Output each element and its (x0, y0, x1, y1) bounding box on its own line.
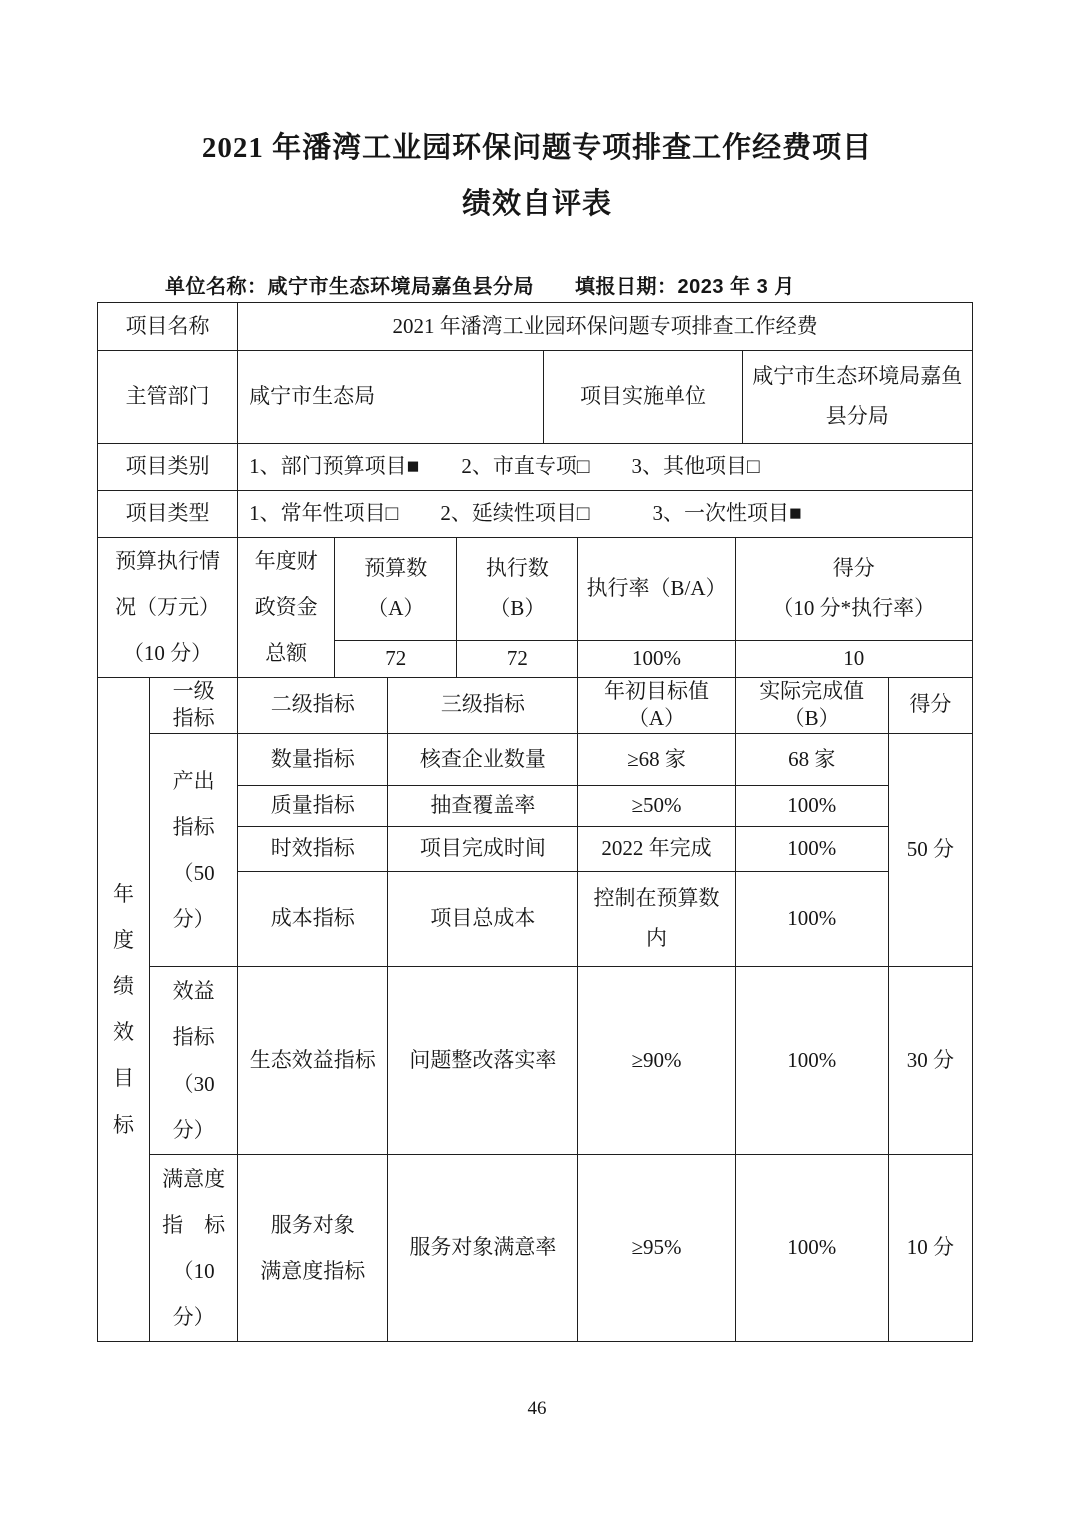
benefit-target-cell: ≥90% (578, 967, 735, 1155)
row-departments: 主管部门 咸宁市生态局 项目实施单位 咸宁市生态环境局嘉鱼 县分局 (98, 351, 973, 444)
report-date-value: 2023 年 3 月 (678, 276, 795, 298)
row-indicator-headers: 年度绩效目标 一级 指标 二级指标 三级指标 年初目标值 （A） 实际完成值 （… (98, 677, 973, 733)
quality-level2-cell: 质量指标 (238, 786, 388, 827)
unit-name-label: 单位名称： (165, 276, 268, 298)
budget-col-rate-cell: 执行率（B/A） (578, 538, 735, 641)
unit-name: 单位名称：咸宁市生态环境局嘉鱼县分局 (165, 270, 534, 299)
document-page: 2021 年潘湾工业园环保问题专项排查工作经费项目 绩效自评表 单位名称：咸宁市… (0, 0, 1074, 1520)
category-label-cell: 项目类别 (98, 444, 238, 491)
quality-actual-cell: 100% (735, 786, 888, 827)
quantity-actual-cell: 68 家 (735, 734, 888, 786)
budget-col-score-cell: 得分 （10 分*执行率） (735, 538, 972, 641)
row-project-name: 项目名称 2021 年潘湾工业园环保问题专项排查工作经费 (98, 303, 973, 351)
impl-value-cell: 咸宁市生态环境局嘉鱼 县分局 (742, 351, 972, 444)
budget-col-budget-cell: 预算数（A） (335, 538, 457, 641)
document-title-line2: 绩效自评表 (0, 190, 1074, 219)
type-value-cell: 1、常年性项目□ 2、延续性项目□ 3、一次性项目■ (238, 491, 973, 538)
satisfaction-level3-cell: 服务对象满意率 (388, 1155, 578, 1342)
header-level2-cell: 二级指标 (238, 677, 388, 733)
satisfaction-level2-cell: 服务对象 满意度指标 (238, 1155, 388, 1342)
self-evaluation-table: 项目名称 2021 年潘湾工业园环保问题专项排查工作经费 主管部门 咸宁市生态局… (97, 302, 973, 1342)
cost-level2-cell: 成本指标 (238, 872, 388, 967)
row-quantity-indicator: 产出 指标 （50 分） 数量指标 核查企业数量 ≥68 家 68 家 50 分 (98, 734, 973, 786)
row-benefit-indicator: 效益 指标 （30 分） 生态效益指标 问题整改落实率 ≥90% 100% 30… (98, 967, 973, 1155)
benefit-score-cell: 30 分 (888, 967, 972, 1155)
header-score-cell: 得分 (888, 677, 972, 733)
document-title: 2021 年潘湾工业园环保问题专项排查工作经费项目 绩效自评表 (0, 134, 1074, 219)
budget-fund-label-cell: 年度财 政资金 总额 (238, 538, 335, 678)
row-project-category: 项目类别 1、部门预算项目■ 2、市直专项□ 3、其他项目□ (98, 444, 973, 491)
dept-label-cell: 主管部门 (98, 351, 238, 444)
benefit-actual-cell: 100% (735, 967, 888, 1155)
unit-name-value: 咸宁市生态环境局嘉鱼县分局 (268, 276, 535, 298)
report-date: 填报日期：2023 年 3 月 (575, 270, 795, 299)
timeliness-level2-cell: 时效指标 (238, 827, 388, 872)
satisfaction-target-cell: ≥95% (578, 1155, 735, 1342)
timeliness-actual-cell: 100% (735, 827, 888, 872)
project-name-value-cell: 2021 年潘湾工业园环保问题专项排查工作经费 (238, 303, 973, 351)
quantity-target-cell: ≥68 家 (578, 734, 735, 786)
cost-target-cell: 控制在预算数 内 (578, 872, 735, 967)
header-actual-cell: 实际完成值 （B） (735, 677, 888, 733)
header-level3-cell: 三级指标 (388, 677, 578, 733)
quantity-level2-cell: 数量指标 (238, 734, 388, 786)
output-score-cell: 50 分 (888, 734, 972, 967)
project-name-label-cell: 项目名称 (98, 303, 238, 351)
page-number: 46 (0, 1398, 1074, 1420)
satisfaction-score-cell: 10 分 (888, 1155, 972, 1342)
quality-target-cell: ≥50% (578, 786, 735, 827)
benefit-level3-cell: 问题整改落实率 (388, 967, 578, 1155)
budget-val-exec-cell: 72 (457, 641, 578, 677)
row-satisfaction-indicator: 满意度 指 标 （10 分） 服务对象 满意度指标 服务对象满意率 ≥95% 1… (98, 1155, 973, 1342)
row-budget-header: 预算执行情 况（万元） （10 分） 年度财 政资金 总额 预算数（A） 执行数… (98, 538, 973, 641)
budget-col-exec-cell: 执行数（B） (457, 538, 578, 641)
benefit-level2-cell: 生态效益指标 (238, 967, 388, 1155)
category-value-cell: 1、部门预算项目■ 2、市直专项□ 3、其他项目□ (238, 444, 973, 491)
satisfaction-actual-cell: 100% (735, 1155, 888, 1342)
dept-value-cell: 咸宁市生态局 (238, 351, 544, 444)
budget-val-score-cell: 10 (735, 641, 972, 677)
type-label-cell: 项目类型 (98, 491, 238, 538)
budget-val-budget-cell: 72 (335, 641, 457, 677)
quantity-level3-cell: 核查企业数量 (388, 734, 578, 786)
row-project-type: 项目类型 1、常年性项目□ 2、延续性项目□ 3、一次性项目■ (98, 491, 973, 538)
header-level1-cell: 一级 指标 (150, 677, 238, 733)
output-group-label-cell: 产出 指标 （50 分） (150, 734, 238, 967)
budget-row-label-cell: 预算执行情 况（万元） （10 分） (98, 538, 238, 678)
document-title-line1: 2021 年潘湾工业园环保问题专项排查工作经费项目 (0, 134, 1074, 163)
timeliness-target-cell: 2022 年完成 (578, 827, 735, 872)
quality-level3-cell: 抽查覆盖率 (388, 786, 578, 827)
cost-level3-cell: 项目总成本 (388, 872, 578, 967)
report-date-label: 填报日期： (575, 276, 678, 298)
budget-val-rate-cell: 100% (578, 641, 735, 677)
cost-actual-cell: 100% (735, 872, 888, 967)
meta-line: 单位名称：咸宁市生态环境局嘉鱼县分局 填报日期：2023 年 3 月 (0, 270, 1074, 298)
header-target-cell: 年初目标值 （A） (578, 677, 735, 733)
annual-performance-side-label-cell: 年度绩效目标 (98, 677, 150, 1341)
benefit-group-label-cell: 效益 指标 （30 分） (150, 967, 238, 1155)
impl-label-cell: 项目实施单位 (544, 351, 742, 444)
satisfaction-group-label-cell: 满意度 指 标 （10 分） (150, 1155, 238, 1342)
timeliness-level3-cell: 项目完成时间 (388, 827, 578, 872)
